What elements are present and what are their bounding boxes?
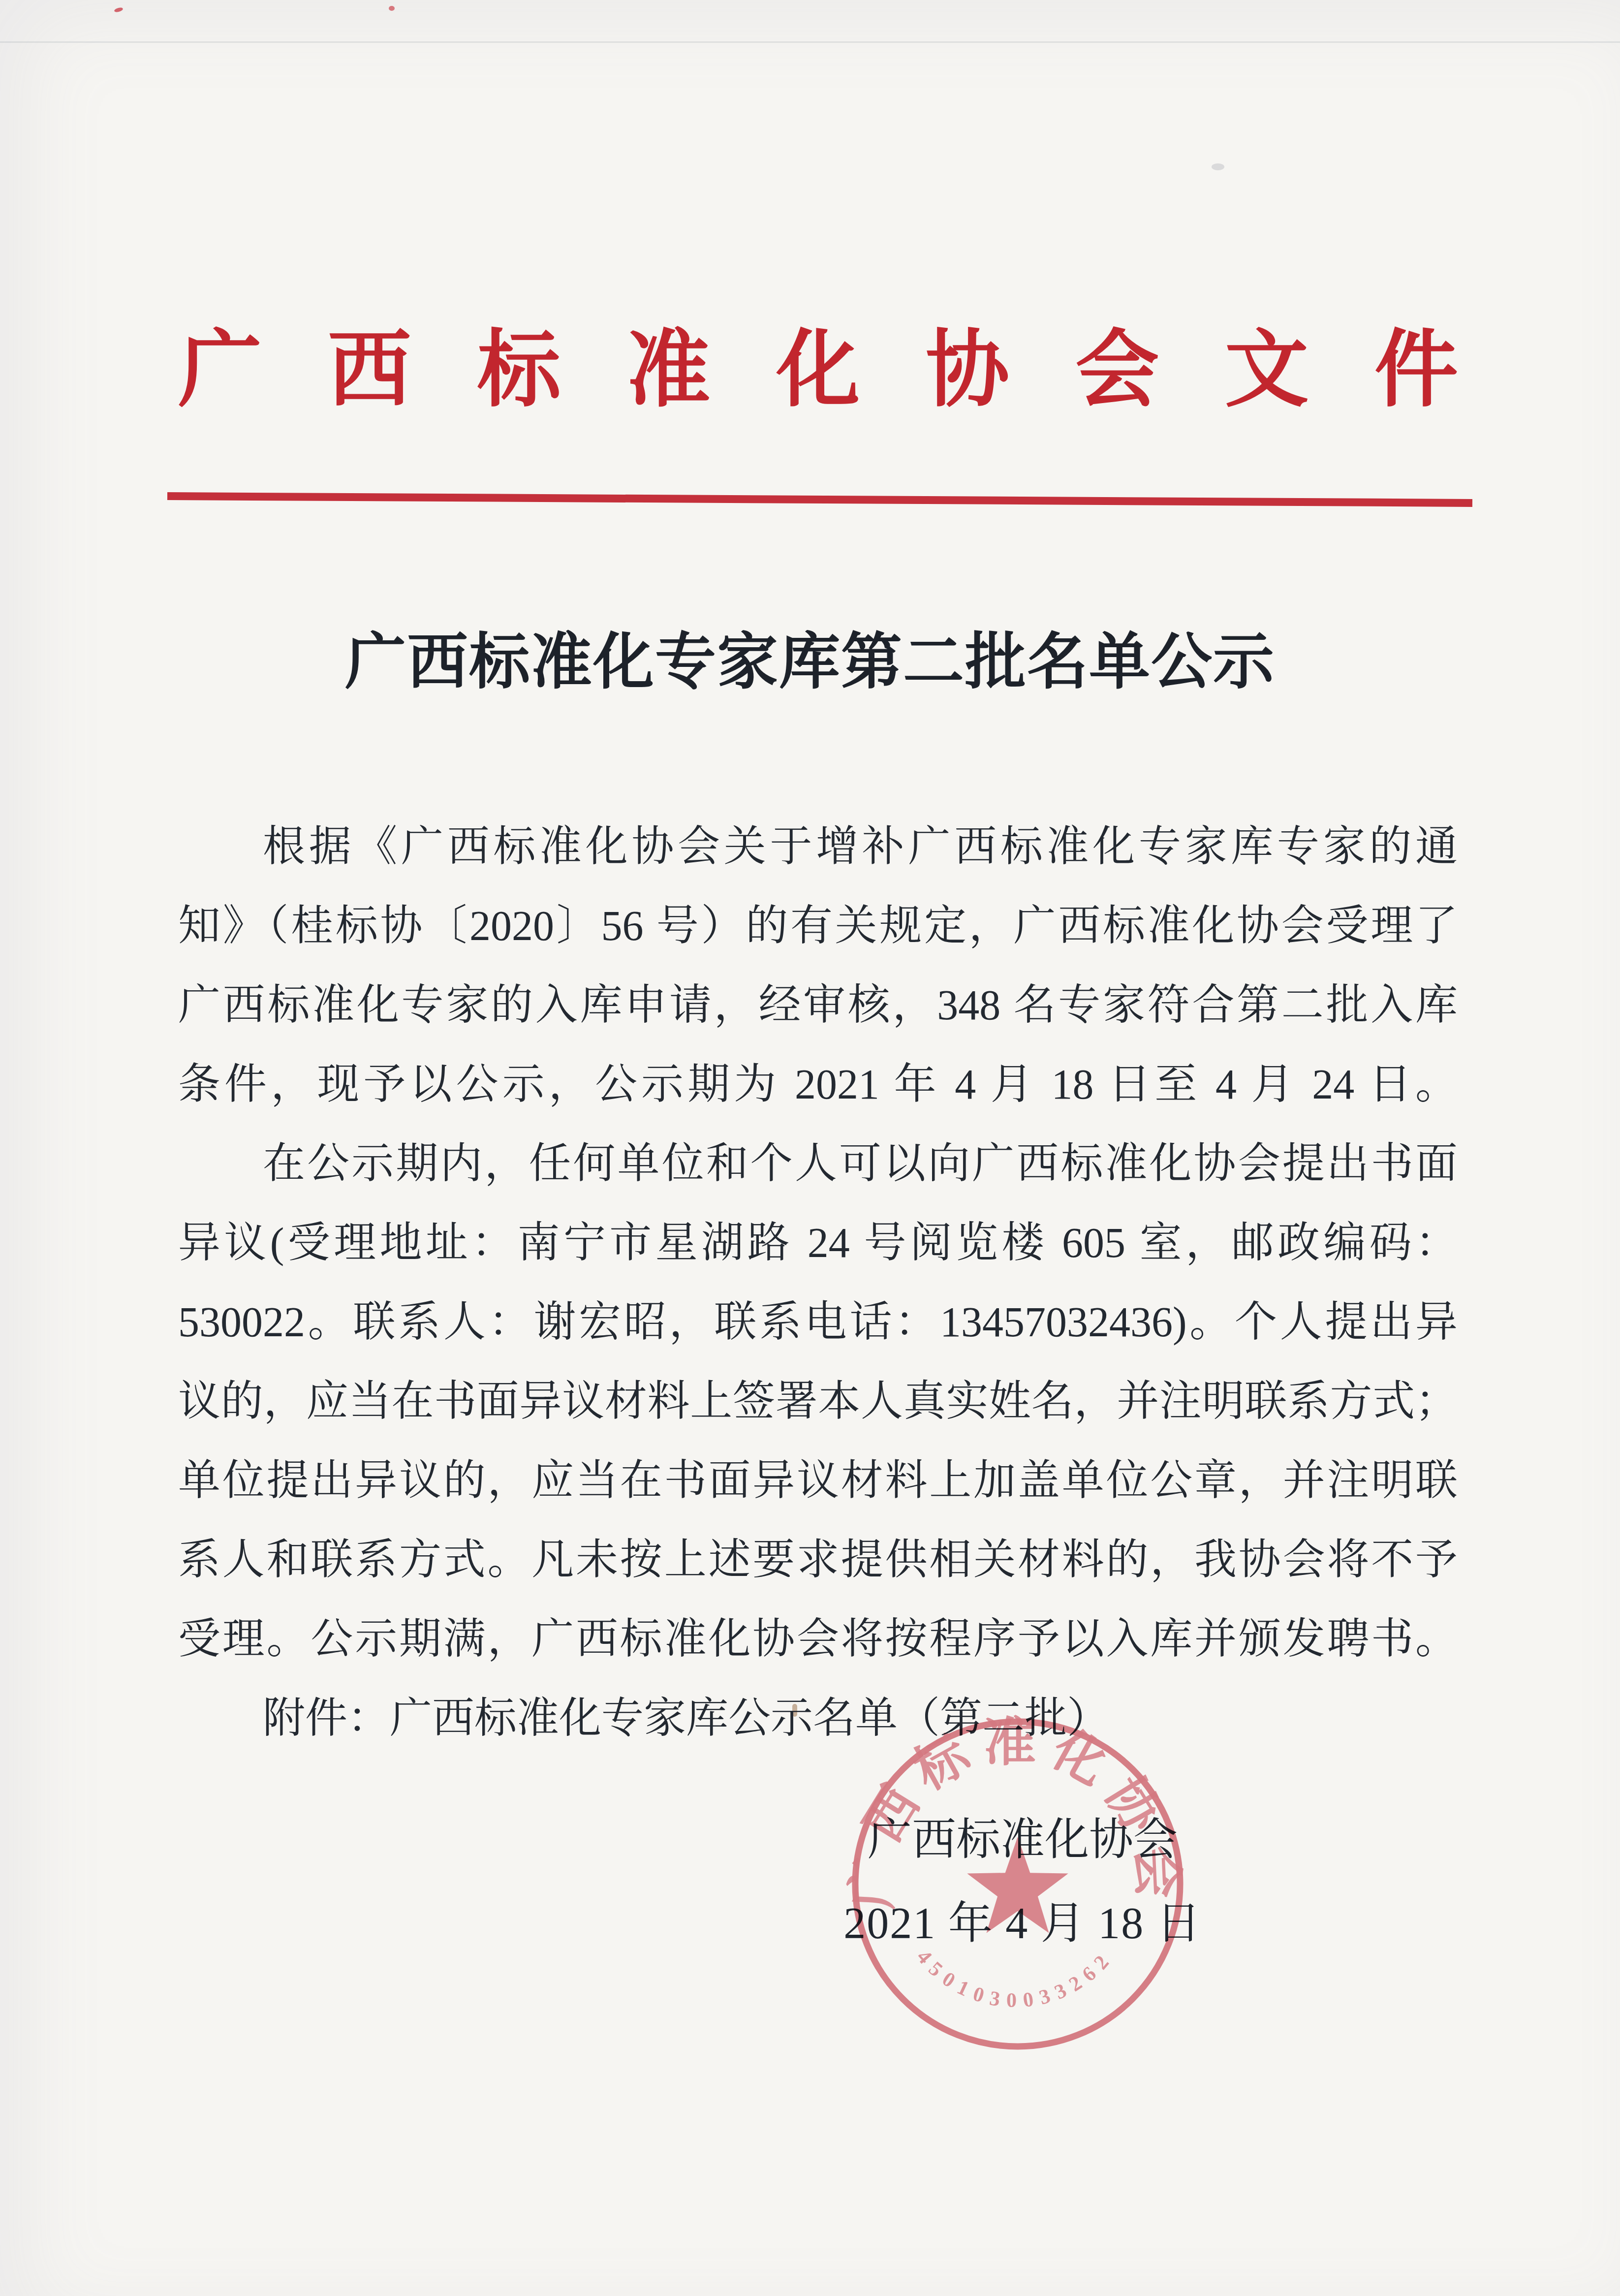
body-line: 530022。联系人：谢宏昭，联系电话：13457032436)。个人提出异 xyxy=(178,1283,1458,1362)
body-line: 根据《广西标准化协会关于增补广西标准化专家库专家的通 xyxy=(178,807,1458,886)
scan-speck xyxy=(114,7,123,13)
scan-crease-line xyxy=(0,41,1620,43)
body-line: 单位提出异议的，应当在书面异议材料上加盖单位公章，并注明联 xyxy=(178,1441,1458,1520)
red-divider-line xyxy=(167,492,1472,507)
scan-speck xyxy=(389,6,395,11)
letterhead-banner: 广西标准化协会文件 xyxy=(178,329,1458,412)
body-line: 在公示期内，任何单位和个人可以向广西标准化协会提出书面 xyxy=(178,1124,1458,1203)
scan-speck xyxy=(1212,163,1224,170)
body-line: 受理。公示期满，广西标准化协会将按程序予以入库并颁发聘书。 xyxy=(178,1600,1458,1679)
document-body: 根据《广西标准化协会关于增补广西标准化专家库专家的通 知》（桂标协〔2020〕5… xyxy=(178,807,1458,1758)
seal-serial-number: 4501030033262 xyxy=(912,1946,1119,2012)
signature-block: 广西标准化协会 2021 年 4 月 18 日 xyxy=(777,1814,1269,1950)
signature-org: 广西标准化协会 xyxy=(777,1814,1269,1867)
body-line: 议的，应当在书面异议材料上签署本人真实姓名，并注明联系方式； xyxy=(178,1362,1458,1441)
body-line: 异议(受理地址：南宁市星湖路 24 号阅览楼 605 室，邮政编码： xyxy=(178,1203,1458,1283)
body-line: 知》（桂标协〔2020〕56 号）的有关规定，广西标准化协会受理了 xyxy=(178,886,1458,966)
document-page: 广西标准化协会文件 广西标准化专家库第二批名单公示 根据《广西标准化协会关于增补… xyxy=(0,0,1620,2296)
signature-date: 2021 年 4 月 18 日 xyxy=(777,1897,1269,1950)
document-title: 广西标准化专家库第二批名单公示 xyxy=(0,624,1620,700)
attachment-line: 附件：广西标准化专家库公示名单（第二批） xyxy=(178,1679,1458,1758)
body-line: 系人和联系方式。凡未按上述要求提供相关材料的，我协会将不予 xyxy=(178,1520,1458,1600)
body-line: 条件，现予以公示，公示期为 2021 年 4 月 18 日至 4 月 24 日。 xyxy=(178,1045,1458,1124)
body-line: 广西标准化专家的入库申请，经审核，348 名专家符合第二批入库 xyxy=(178,966,1458,1045)
